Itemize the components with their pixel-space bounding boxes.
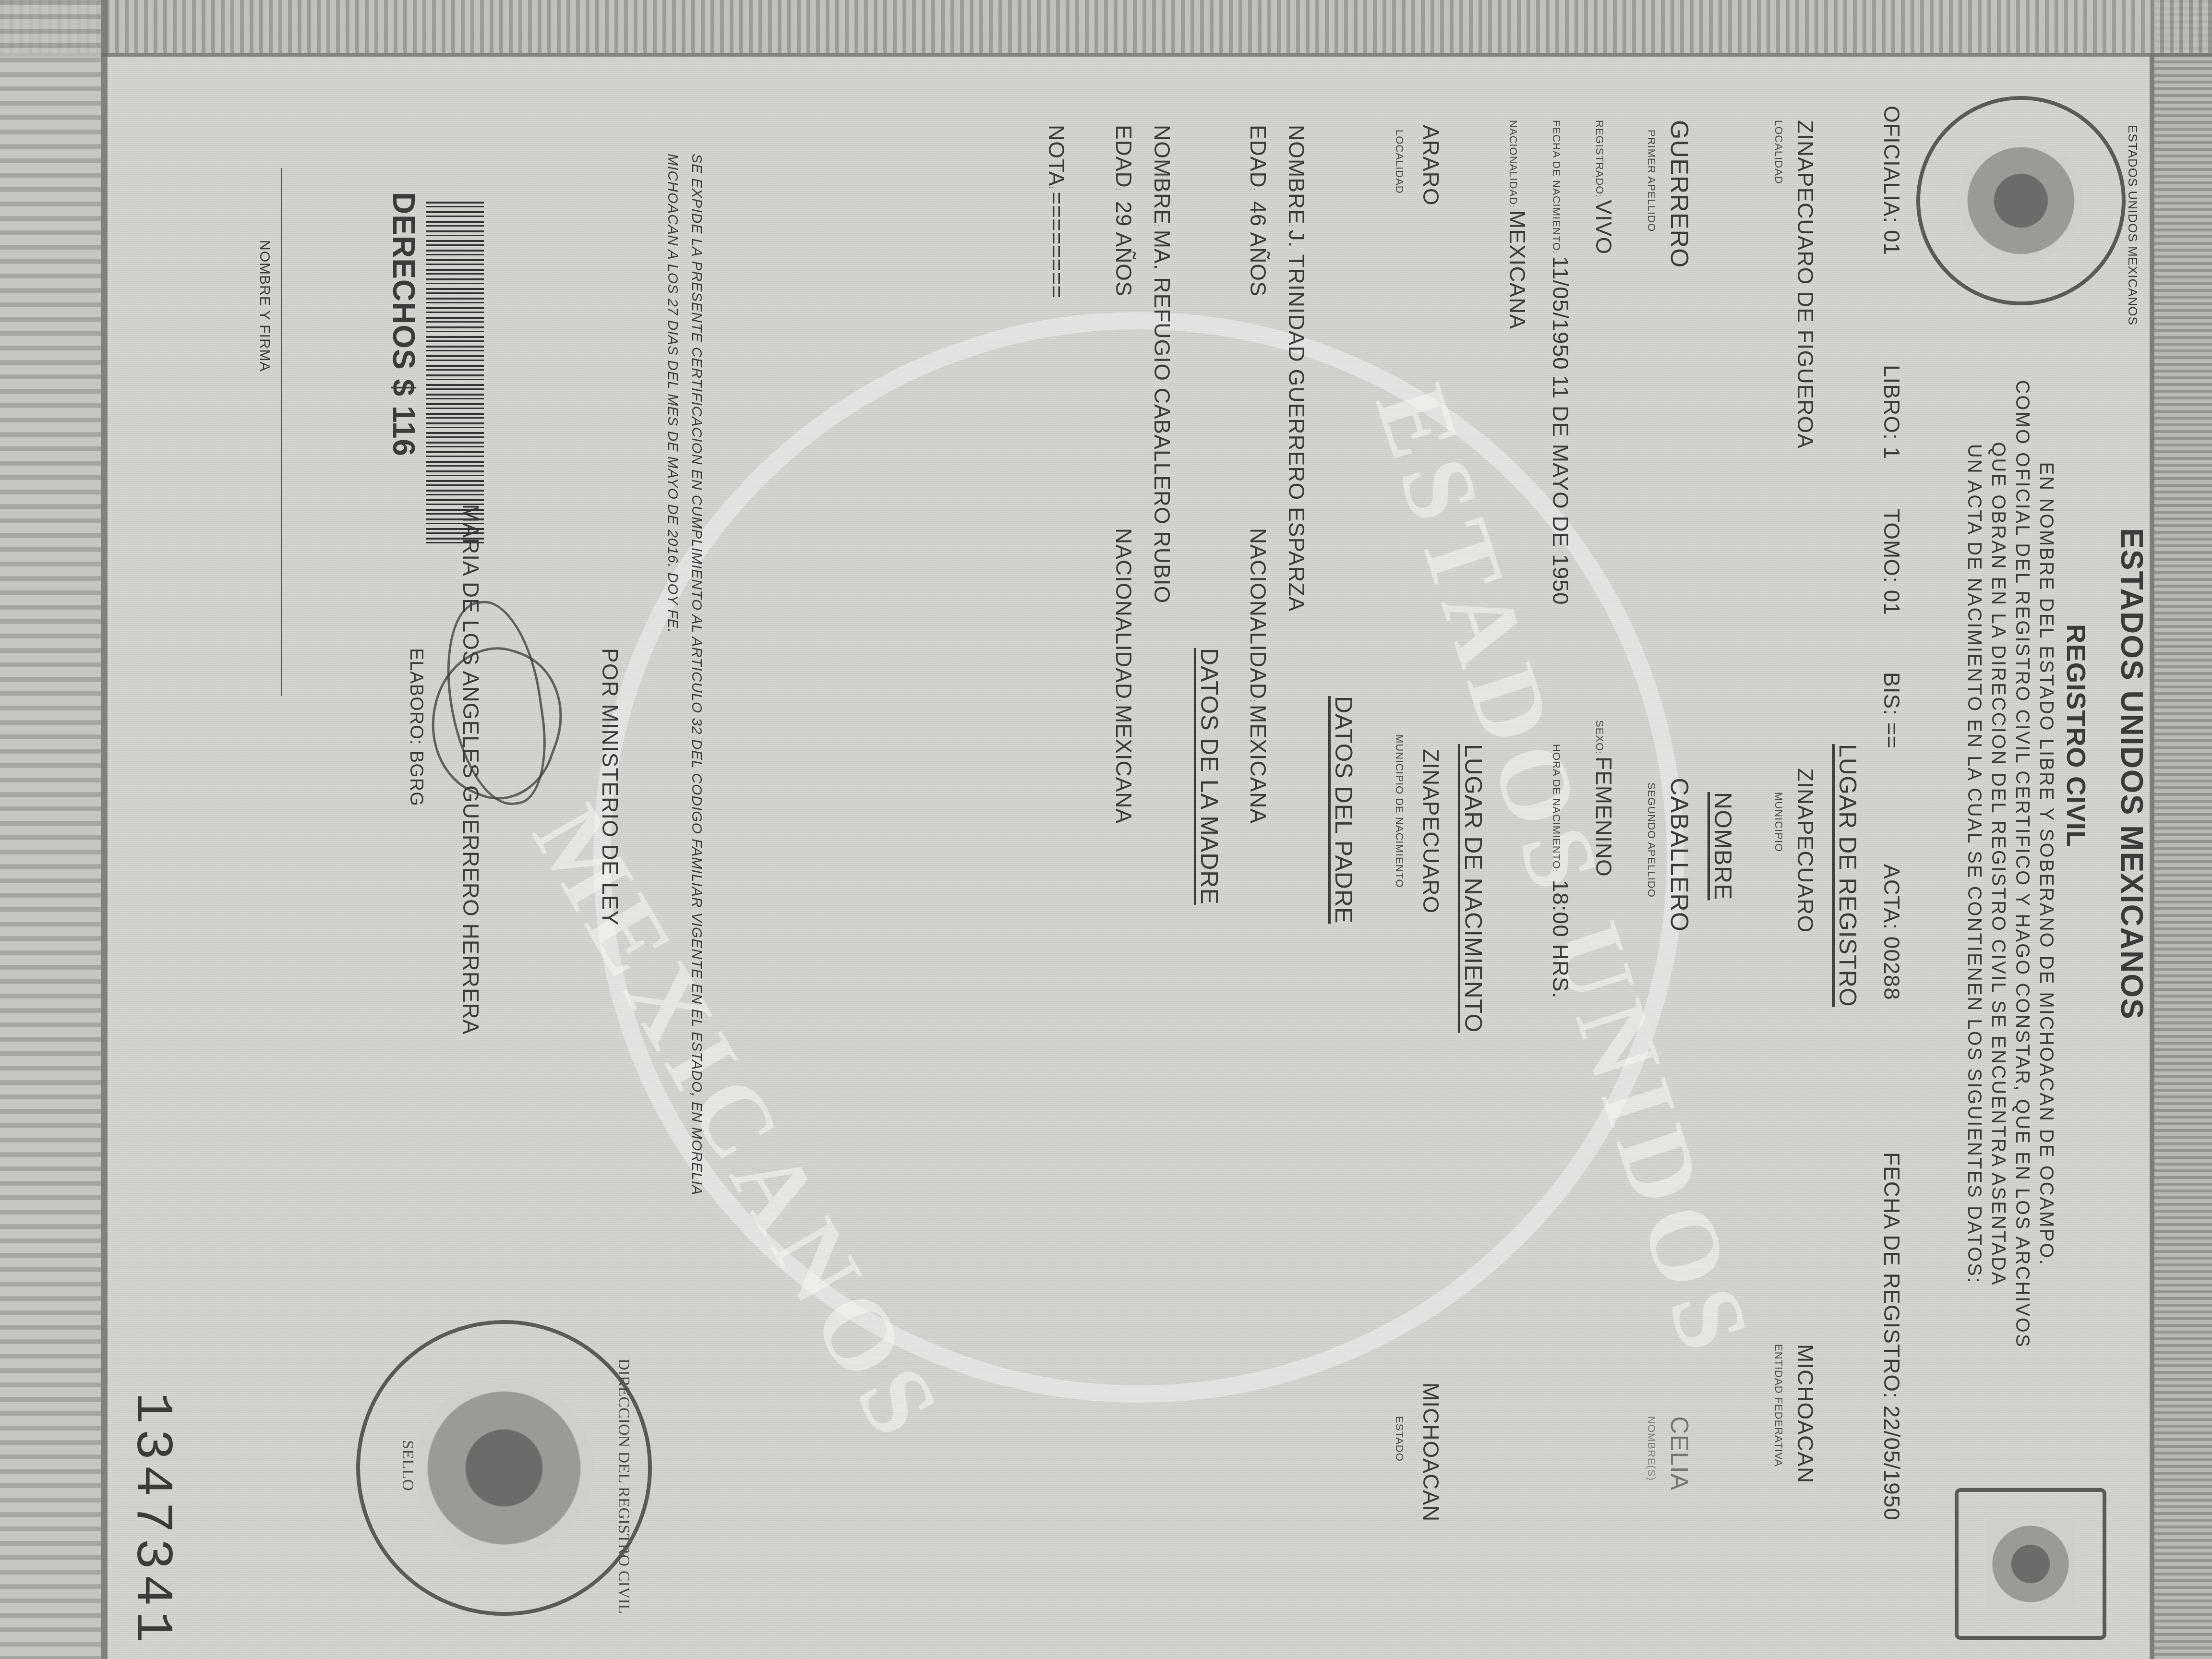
oficialia: OFICIALIA: 01	[1879, 106, 1905, 255]
hora-nacimiento: HORA DE NACIMIENTO: 18:00 HRS.	[1548, 744, 1574, 998]
padre-nacionalidad: NACIONALIDAD: MEXICANA	[1245, 528, 1271, 824]
bis: BIS: ==	[1879, 672, 1905, 749]
lugar-registro-title: LUGAR DE REGISTRO	[1834, 744, 1862, 1007]
registro-municipio-label: MUNICIPIO	[1772, 792, 1785, 852]
nombre-title: NOMBRE	[1709, 792, 1737, 900]
intro-text: EN NOMBRE DEL ESTADO LIBRE Y SOBERANO DE…	[1962, 336, 2058, 1392]
birth-certificate: ESTADOS UNIDOS MEXICANOS ESTADOS UNIDOS …	[0, 0, 2212, 1659]
certificacion-line-1: SE EXPIDE LA PRESENTE CERTIFICACION EN C…	[688, 154, 705, 1195]
nacimiento-municipio-label: MUNICIPIO DE NACIMIENTO	[1393, 734, 1406, 888]
nacimiento-localidad-label: LOCALIDAD	[1393, 130, 1406, 194]
segundo-apellido: CABALLERO	[1665, 778, 1694, 932]
por-ministerio-de-ley: POR MINISTERIO DE LEY	[597, 648, 623, 926]
certificacion-line-2: MICHOACAN A LOS 27 DIAS DEL MES DE MAYO …	[664, 154, 681, 633]
nacimiento-estado-label: ESTADO	[1393, 1416, 1406, 1462]
seal-caption: ESTADOS UNIDOS MEXICANOS	[2125, 125, 2140, 325]
segundo-apellido-label: SEGUNDO APELLIDO	[1645, 782, 1658, 898]
registro-localidad: ZINAPECUARO DE FIGUEROA	[1792, 120, 1818, 449]
libro: LIBRO: 1	[1879, 365, 1905, 459]
stamp-text: DIRECCION DEL REGISTRO CIVIL	[614, 1358, 633, 1614]
decorative-border-top	[2150, 0, 2212, 1659]
nacimiento-municipio: ZINAPECUARO	[1418, 749, 1444, 914]
eagle-emblem-icon	[1959, 138, 2083, 263]
madre-nacionalidad: NACIONALIDAD: MEXICANA	[1111, 528, 1137, 824]
decorative-border-left	[0, 0, 2212, 57]
nacimiento-localidad: ARARO	[1418, 125, 1444, 206]
barcode	[426, 202, 484, 547]
registro-municipio: ZINAPECUARO	[1792, 768, 1818, 933]
nombres-label: NOMBRE(S)	[1645, 1416, 1658, 1481]
fecha-registro: FECHA DE REGISTRO: 22/05/1950	[1879, 1152, 1905, 1521]
madre-nombre: NOMBRE: MA. REFUGIO CABALLERO RUBIO	[1149, 125, 1175, 603]
coat-of-arms-seal	[1916, 96, 2126, 305]
padre-edad: EDAD: 46 AÑOS	[1245, 125, 1271, 297]
shield-icon	[1986, 1519, 2075, 1609]
lugar-nacimiento-title: LUGAR DE NACIMIENTO	[1459, 744, 1487, 1033]
primer-apellido: GUERRERO	[1665, 120, 1694, 268]
nacimiento-estado: MICHOACAN	[1418, 1382, 1444, 1522]
derechos-fee: DERECHOS $ 116	[386, 192, 421, 457]
datos-madre-title: DATOS DE LA MADRE	[1195, 648, 1223, 905]
acta-number: ACTA: 00288	[1879, 864, 1905, 1000]
registro-entidad-label: ENTIDAD FEDERATIVA	[1772, 1344, 1785, 1467]
nota: NOTA: ========	[1044, 125, 1070, 299]
sexo: SEXO: FEMENINO	[1591, 720, 1617, 877]
nacionalidad: NACIONALIDAD: MEXICANA	[1504, 120, 1530, 329]
registro-localidad-label: LOCALIDAD	[1772, 120, 1785, 184]
fecha-nacimiento: FECHA DE NACIMIENTO: 11/05/1950 11 DE MA…	[1548, 120, 1574, 605]
handwritten-signature	[409, 630, 582, 815]
signature-line	[281, 168, 282, 696]
decorative-border-bottom	[0, 0, 108, 1659]
stamp-emblem-icon	[415, 1379, 593, 1557]
office-heading: REGISTRO CIVIL	[2061, 624, 2092, 847]
nombre-y-firma-label: NOMBRE Y FIRMA	[256, 240, 273, 372]
country-heading: ESTADOS UNIDOS MEXICANOS	[2114, 528, 2150, 1020]
registrado: REGISTRADO: VIVO	[1591, 120, 1617, 254]
state-coat-of-arms	[1955, 1488, 2106, 1640]
elaboro: ELABORO: BGRG	[406, 648, 426, 806]
oficial-nombre: MARIA DE LOS ANGELES GUERRERO HERRERA	[458, 504, 484, 1035]
stamp-inner-text: SELLO	[398, 1440, 417, 1491]
madre-edad: EDAD: 29 AÑOS	[1111, 125, 1137, 297]
datos-padre-title: DATOS DEL PADRE	[1330, 696, 1358, 924]
padre-nombre: NOMBRE: J. TRINIDAD GUERRERO ESPARZA	[1284, 125, 1310, 612]
primer-apellido-label: PRIMER APELLIDO	[1645, 130, 1658, 232]
tomo: TOMO: 01	[1879, 509, 1905, 615]
nombres: CELIA	[1665, 1416, 1694, 1491]
folio-number: 1347341	[121, 1392, 181, 1647]
registro-entidad: MICHOACAN	[1792, 1344, 1818, 1483]
